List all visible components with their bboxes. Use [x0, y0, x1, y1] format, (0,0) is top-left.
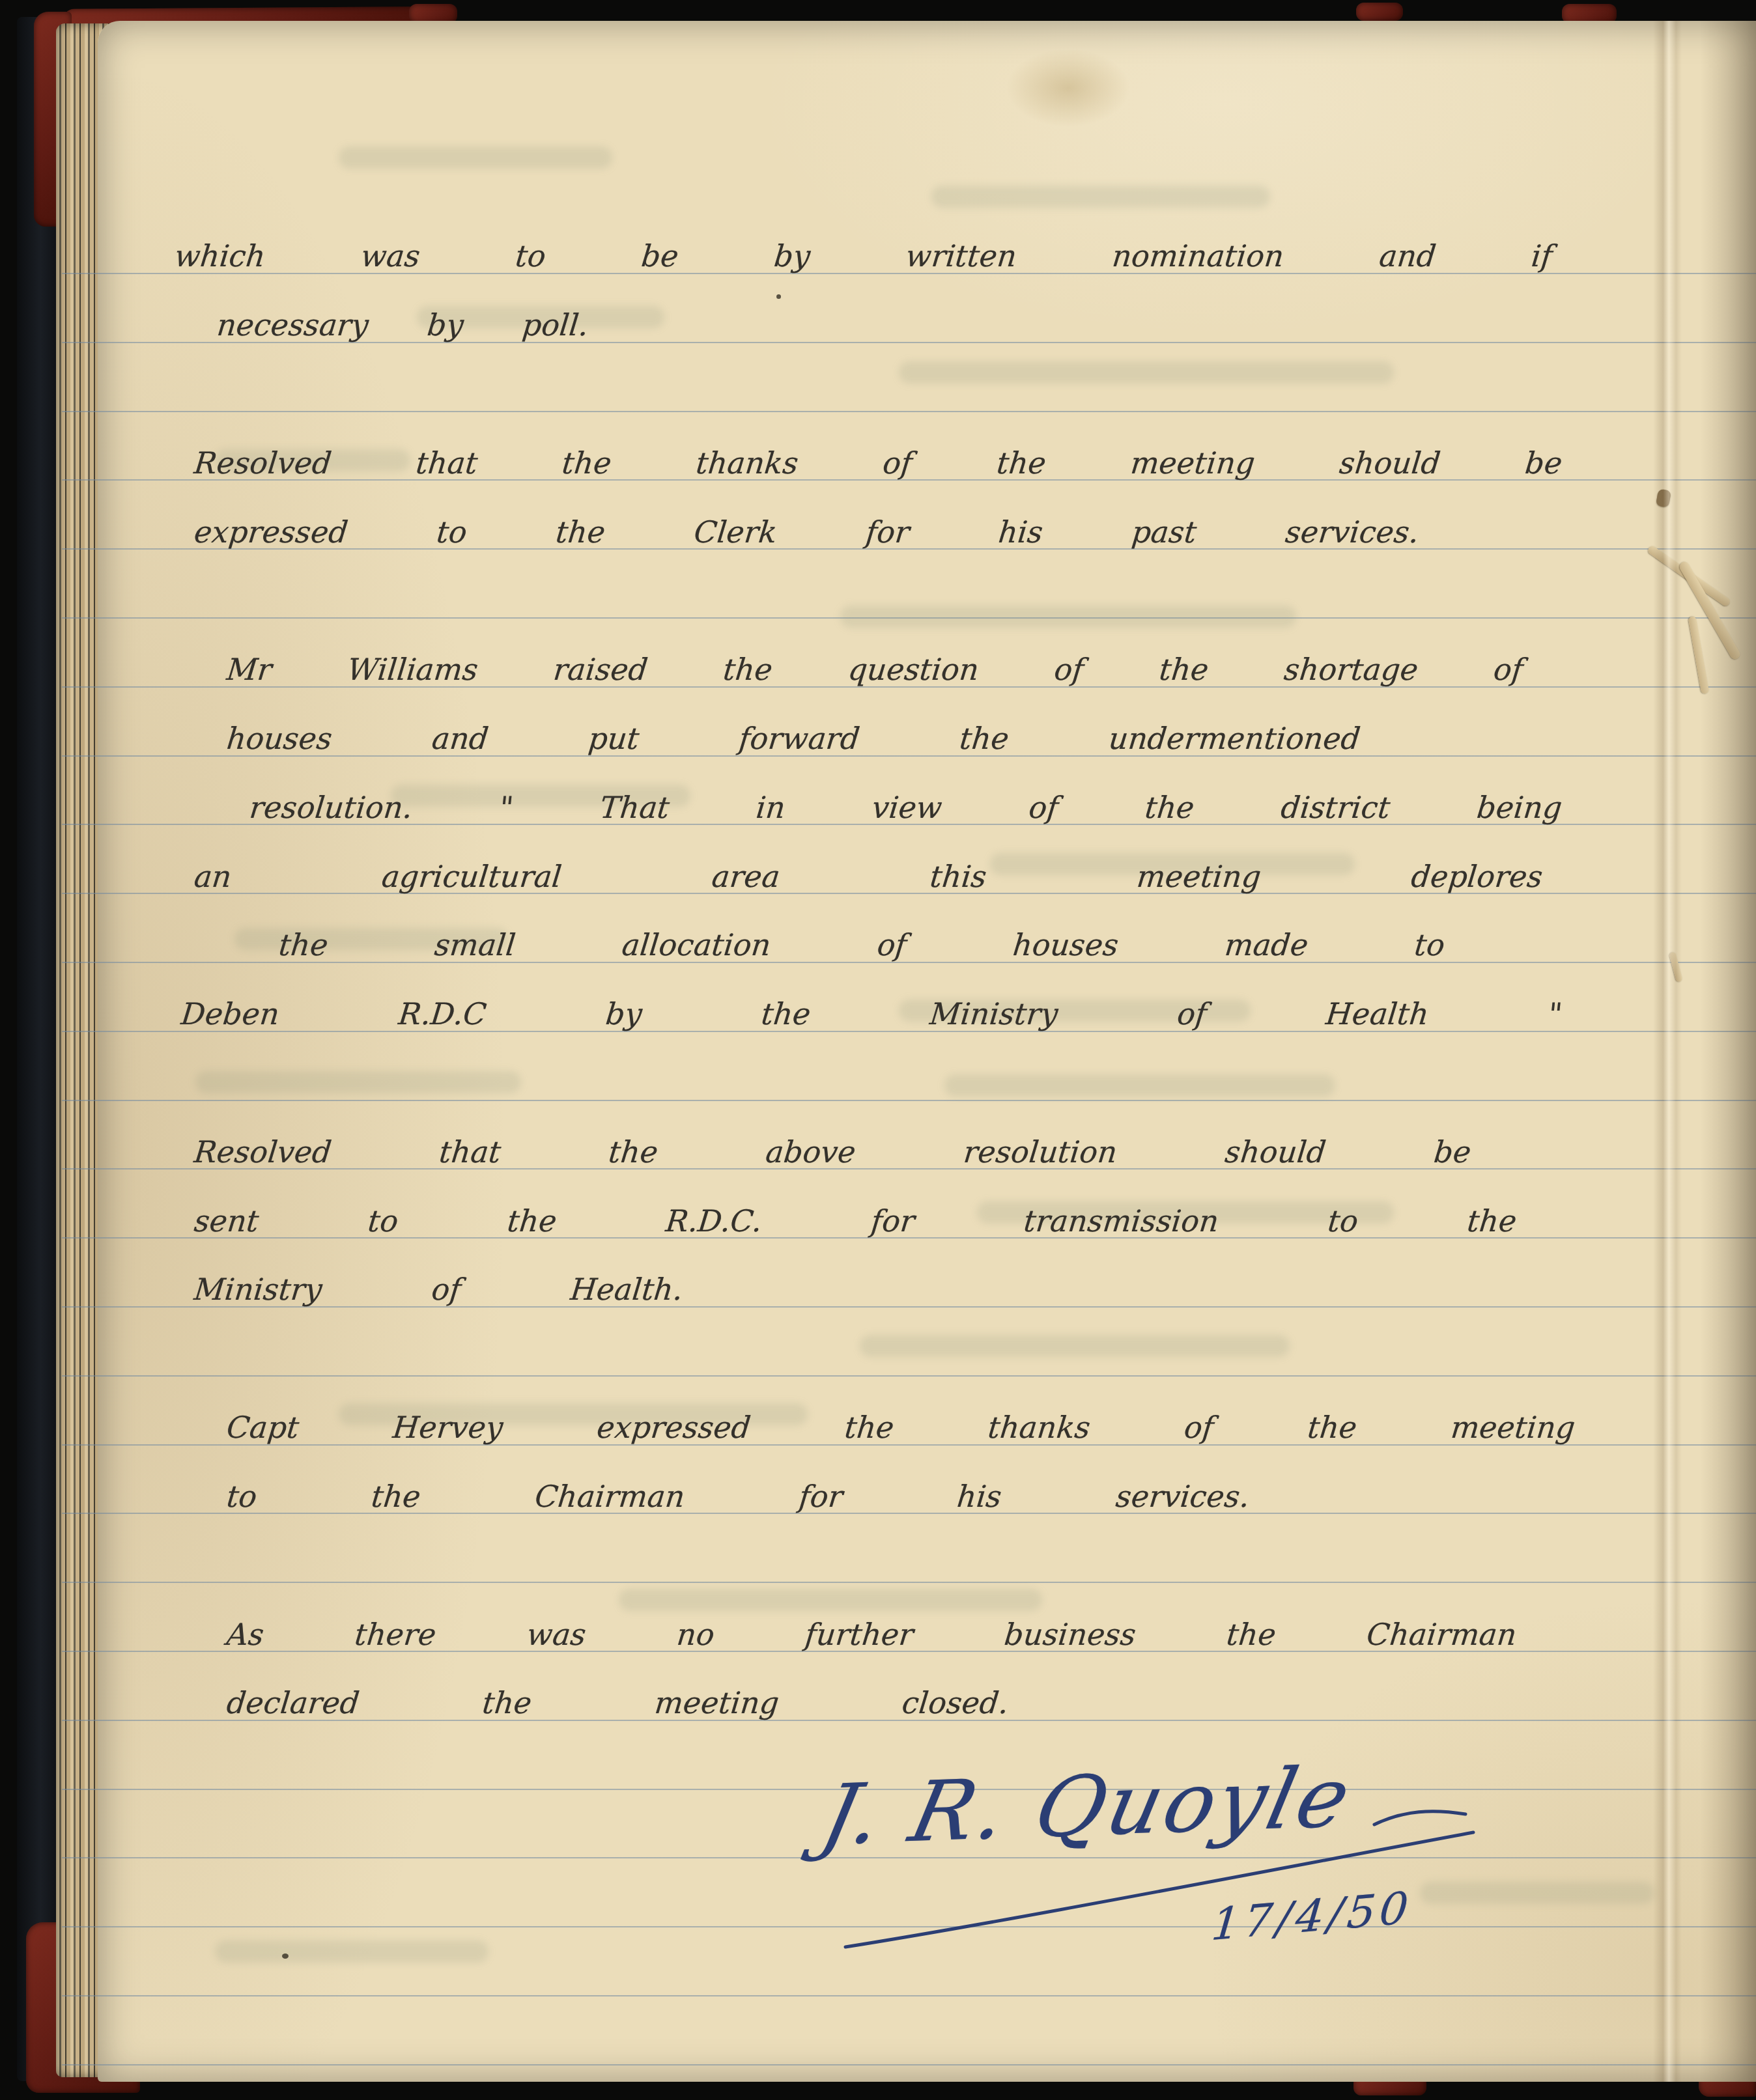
word: expressed — [192, 514, 349, 550]
handwritten-line: declaredthemeetingclosed. — [225, 1664, 1012, 1720]
word: for — [864, 514, 911, 550]
paper-stain — [1006, 49, 1130, 127]
word: was — [360, 238, 422, 273]
word: thanks — [986, 1410, 1092, 1445]
word: put — [587, 721, 641, 756]
word: meeting — [1129, 445, 1256, 481]
word: Clerk — [692, 514, 779, 550]
handwritten-line: DebenR.D.CbytheMinistryofHealth" — [179, 975, 1566, 1031]
showthrough-mark — [860, 1335, 1290, 1357]
word: thanks — [694, 445, 800, 481]
word: no — [675, 1617, 716, 1652]
word: there — [353, 1617, 438, 1652]
word: for — [870, 1203, 916, 1239]
word: small — [433, 927, 518, 962]
handwritten-line: MinistryofHealth. — [192, 1251, 687, 1307]
word: this — [928, 859, 988, 894]
notebook-page: whichwastobebywrittennominationandif nec… — [98, 21, 1756, 2082]
word: of — [881, 445, 914, 481]
word: and — [431, 721, 490, 756]
word: allocation — [620, 927, 772, 962]
word: the — [370, 1479, 423, 1514]
word: houses — [225, 721, 333, 756]
word: past — [1130, 514, 1198, 550]
word: the — [995, 445, 1048, 481]
word: of — [1183, 1410, 1215, 1445]
word: houses — [1012, 927, 1120, 962]
word: view — [870, 790, 944, 825]
gutter-shadow — [1700, 21, 1756, 2082]
word: for — [797, 1479, 844, 1514]
word: resolution. — [248, 790, 414, 825]
handwritten-line: senttotheR.D.C.fortransmissiontothe — [192, 1183, 1520, 1239]
word: to — [1326, 1203, 1360, 1239]
word: the — [958, 721, 1011, 756]
handwritten-line: totheChairmanforhisservices. — [225, 1458, 1253, 1514]
handwritten-line: thesmallallocationofhousesmadeto — [277, 906, 1449, 962]
word: business — [1002, 1617, 1137, 1652]
word: district — [1279, 790, 1392, 825]
word: should — [1338, 445, 1442, 481]
handwritten-line: CaptHerveyexpressedthethanksofthemeeting — [225, 1389, 1579, 1445]
word: expressed — [595, 1410, 752, 1445]
word: be — [1523, 445, 1564, 481]
word: if — [1530, 238, 1554, 273]
handwritten-line: whichwastobebywrittennominationandif — [173, 217, 1556, 273]
word: the — [1225, 1617, 1278, 1652]
word: forward — [737, 721, 862, 756]
word: the — [843, 1410, 896, 1445]
word: be — [640, 238, 680, 273]
showthrough-mark — [339, 147, 612, 169]
word: deplores — [1409, 859, 1544, 894]
word: of — [430, 1272, 462, 1307]
word: the — [560, 445, 613, 481]
word: R.D.C. — [664, 1203, 764, 1239]
signature: J. R. Quoyle — [814, 1749, 1361, 1864]
word: sent — [192, 1203, 261, 1239]
word: the — [759, 996, 812, 1031]
word: the — [1157, 652, 1210, 687]
word: the — [722, 652, 774, 687]
word: his — [997, 514, 1045, 550]
word: " — [1546, 996, 1564, 1031]
word: services. — [1114, 1479, 1251, 1514]
word: Deben — [179, 996, 281, 1031]
word: to — [1413, 927, 1447, 962]
word: which — [173, 238, 267, 273]
word: raised — [552, 652, 649, 687]
red-leather-tuft — [1356, 3, 1403, 21]
word: the — [505, 1203, 558, 1239]
ink-speck — [776, 294, 781, 299]
word: should — [1223, 1134, 1327, 1169]
word: Resolved — [192, 445, 333, 481]
word: that — [438, 1134, 503, 1169]
word: by — [772, 238, 812, 273]
word: the — [607, 1134, 660, 1169]
word: shortage — [1282, 652, 1420, 687]
word: above — [764, 1134, 857, 1169]
word: being — [1475, 790, 1564, 825]
word: Hervey — [391, 1410, 505, 1445]
handwritten-line: resolution."Thatinviewofthedistrictbeing — [248, 769, 1566, 825]
handwritten-line: Resolvedthatthethanksofthemeetingshouldb… — [192, 425, 1566, 481]
word: his — [956, 1479, 1004, 1514]
ink-speck — [282, 1953, 289, 1959]
signature-block: J. R. Quoyle 17/4/50 — [814, 1746, 1596, 1981]
word: be — [1432, 1134, 1473, 1169]
handwritten-line: anagriculturalareathismeetingdeplores — [192, 838, 1546, 894]
word: meeting — [1449, 1410, 1577, 1445]
word: Mr — [225, 652, 274, 687]
word: meeting — [653, 1685, 781, 1720]
word: agricultural — [380, 859, 563, 894]
word: the — [277, 927, 330, 962]
word: Health. — [569, 1272, 685, 1307]
word: the — [1466, 1203, 1518, 1239]
word: in — [754, 790, 787, 825]
word: Health — [1324, 996, 1430, 1031]
handwritten-line: expressedtotheClerkforhispastservices. — [192, 494, 1423, 550]
word: Ministry — [928, 996, 1060, 1031]
word: undermentioned — [1107, 721, 1362, 756]
word: nomination — [1111, 238, 1286, 273]
word: made — [1223, 927, 1310, 962]
word: R.D.C — [397, 996, 488, 1031]
word: Ministry — [192, 1272, 324, 1307]
word: of — [1492, 652, 1525, 687]
word: Chairman — [533, 1479, 687, 1514]
word: to — [225, 1479, 259, 1514]
word: written — [904, 238, 1019, 273]
book-cover-edge — [17, 17, 60, 2081]
word: the — [554, 514, 607, 550]
word: area — [710, 859, 782, 894]
word: closed. — [900, 1685, 1010, 1720]
word: Chairman — [1365, 1617, 1518, 1652]
word: resolution — [962, 1134, 1119, 1169]
page-fold-crease — [1653, 21, 1682, 2082]
word: " — [498, 790, 515, 825]
handwritten-line: housesandputforwardtheundermentioned — [225, 700, 1364, 756]
showthrough-mark — [215, 1940, 489, 1963]
word: that — [414, 445, 479, 481]
word: question — [846, 652, 980, 687]
word: the — [1143, 790, 1196, 825]
word: Williams — [346, 652, 480, 687]
showthrough-mark — [840, 606, 1296, 628]
word: poll. — [520, 307, 590, 343]
word: meeting — [1135, 859, 1263, 894]
word: the — [481, 1685, 533, 1720]
showthrough-mark — [195, 1071, 521, 1093]
handwritten-line: MrWilliamsraisedthequestionoftheshortage… — [225, 631, 1527, 687]
notebook-photo: whichwastobebywrittennominationandif nec… — [0, 0, 1756, 2100]
word: necessary — [215, 307, 370, 343]
word: and — [1378, 238, 1437, 273]
showthrough-mark — [899, 361, 1394, 384]
word: of — [1053, 652, 1085, 687]
word: transmission — [1022, 1203, 1220, 1239]
showthrough-mark — [931, 186, 1270, 208]
handwritten-line: AstherewasnofurtherbusinesstheChairman — [225, 1596, 1520, 1652]
word: further — [804, 1617, 916, 1652]
word: to — [514, 238, 548, 273]
word: As — [225, 1617, 266, 1652]
word: declared — [225, 1685, 361, 1720]
word: an — [192, 859, 233, 894]
handwritten-line: Resolvedthattheaboveresolutionshouldbe — [192, 1113, 1475, 1169]
word: by — [425, 307, 465, 343]
word: to — [435, 514, 469, 550]
showthrough-mark — [944, 1074, 1335, 1097]
word: of — [1176, 996, 1208, 1031]
word: services. — [1284, 514, 1421, 550]
word: of — [875, 927, 908, 962]
word: That — [599, 790, 672, 825]
word: was — [525, 1617, 588, 1652]
word: Resolved — [192, 1134, 333, 1169]
word: of — [1027, 790, 1060, 825]
word: to — [366, 1203, 400, 1239]
handwritten-line: necessarybypoll. — [215, 287, 592, 343]
word: the — [1306, 1410, 1359, 1445]
word: Capt — [225, 1410, 300, 1445]
word: by — [604, 996, 644, 1031]
